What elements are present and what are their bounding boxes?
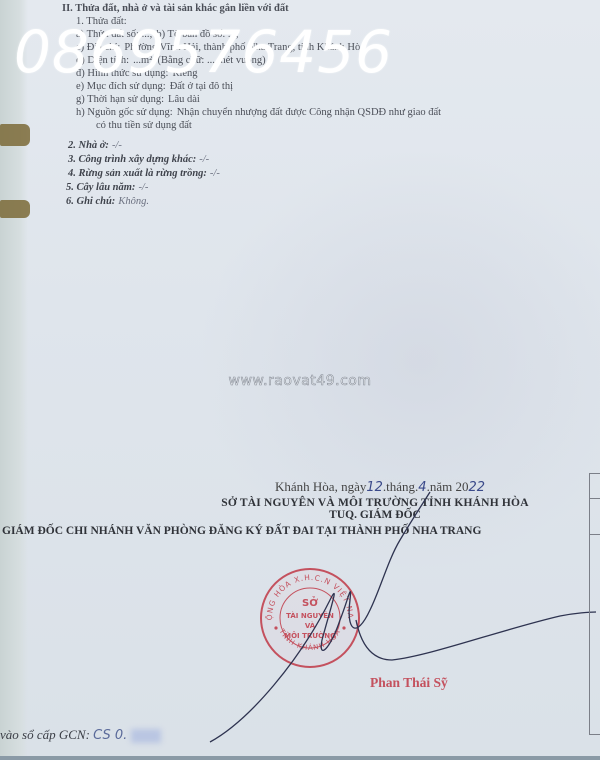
redacted-number — [131, 729, 161, 743]
asset-item: 5. Cây lâu năm:-/- — [66, 181, 220, 195]
signer-name: Phan Thái Sỹ — [370, 675, 448, 691]
land-detail-line: có thu tiền sử dụng đất — [62, 119, 441, 132]
land-detail-line: h) Nguồn gốc sử dụng:Nhận chuyển nhượng … — [62, 106, 441, 119]
gcn-number: CS 0. — [93, 728, 127, 743]
asset-item: 4. Rừng sản xuất là rừng trồng:-/- — [66, 167, 220, 181]
asset-items: 2. Nhà ở:-/-3. Công trình xây dựng khác:… — [66, 139, 220, 209]
land-detail-line: g) Thời hạn sử dụng:Lâu dài — [62, 93, 441, 106]
asset-item: 2. Nhà ở:-/- — [66, 139, 220, 153]
site-watermark: www.raovat49.com — [0, 373, 600, 389]
svg-text:SỞ: SỞ — [302, 595, 318, 609]
svg-text:TÀI NGUYÊN: TÀI NGUYÊN — [286, 611, 334, 620]
handwritten-month: 4 — [418, 480, 426, 495]
page-bottom-edge — [0, 756, 600, 760]
director-title: GIÁM ĐỐC CHI NHÁNH VĂN PHÒNG ĐĂNG KÝ ĐẤT… — [0, 525, 600, 537]
phone-watermark: 0869576456 — [14, 18, 393, 86]
asset-item: 3. Công trình xây dựng khác:-/- — [66, 153, 220, 167]
gcn-registration: vào sổ cấp GCN: CS 0. — [0, 727, 161, 743]
handwritten-year: 22 — [468, 480, 485, 495]
on-behalf-title: TUQ. GIÁM ĐỐC — [0, 509, 600, 521]
margin-box — [589, 473, 600, 735]
svg-text:VÀ: VÀ — [305, 621, 316, 630]
binder-clip — [0, 200, 30, 218]
section-heading: II. Thửa đất, nhà ở và tài sản khác gắn … — [62, 2, 441, 15]
issuing-organization: SỞ TÀI NGUYÊN VÀ MÔI TRƯỜNG TỈNH KHÁNH H… — [0, 497, 600, 509]
official-seal-icon: CỘNG HÒA X.H.C.N VIỆT NAM TỈNH KHÁNH HÒA… — [258, 566, 362, 670]
asset-item: 6. Ghi chú:Không. — [66, 195, 220, 209]
handwritten-day: 12 — [366, 480, 383, 495]
document-page: II. Thửa đất, nhà ở và tài sản khác gắn … — [0, 0, 600, 760]
signature-block: Khánh Hòa, ngày12.tháng.4.năm 2022 SỞ TÀ… — [0, 479, 600, 537]
binder-clip — [0, 124, 30, 146]
place-date: Khánh Hòa, ngày12.tháng.4.năm 2022 — [0, 479, 600, 495]
svg-text:MÔI TRƯỜNG: MÔI TRƯỜNG — [284, 631, 336, 640]
